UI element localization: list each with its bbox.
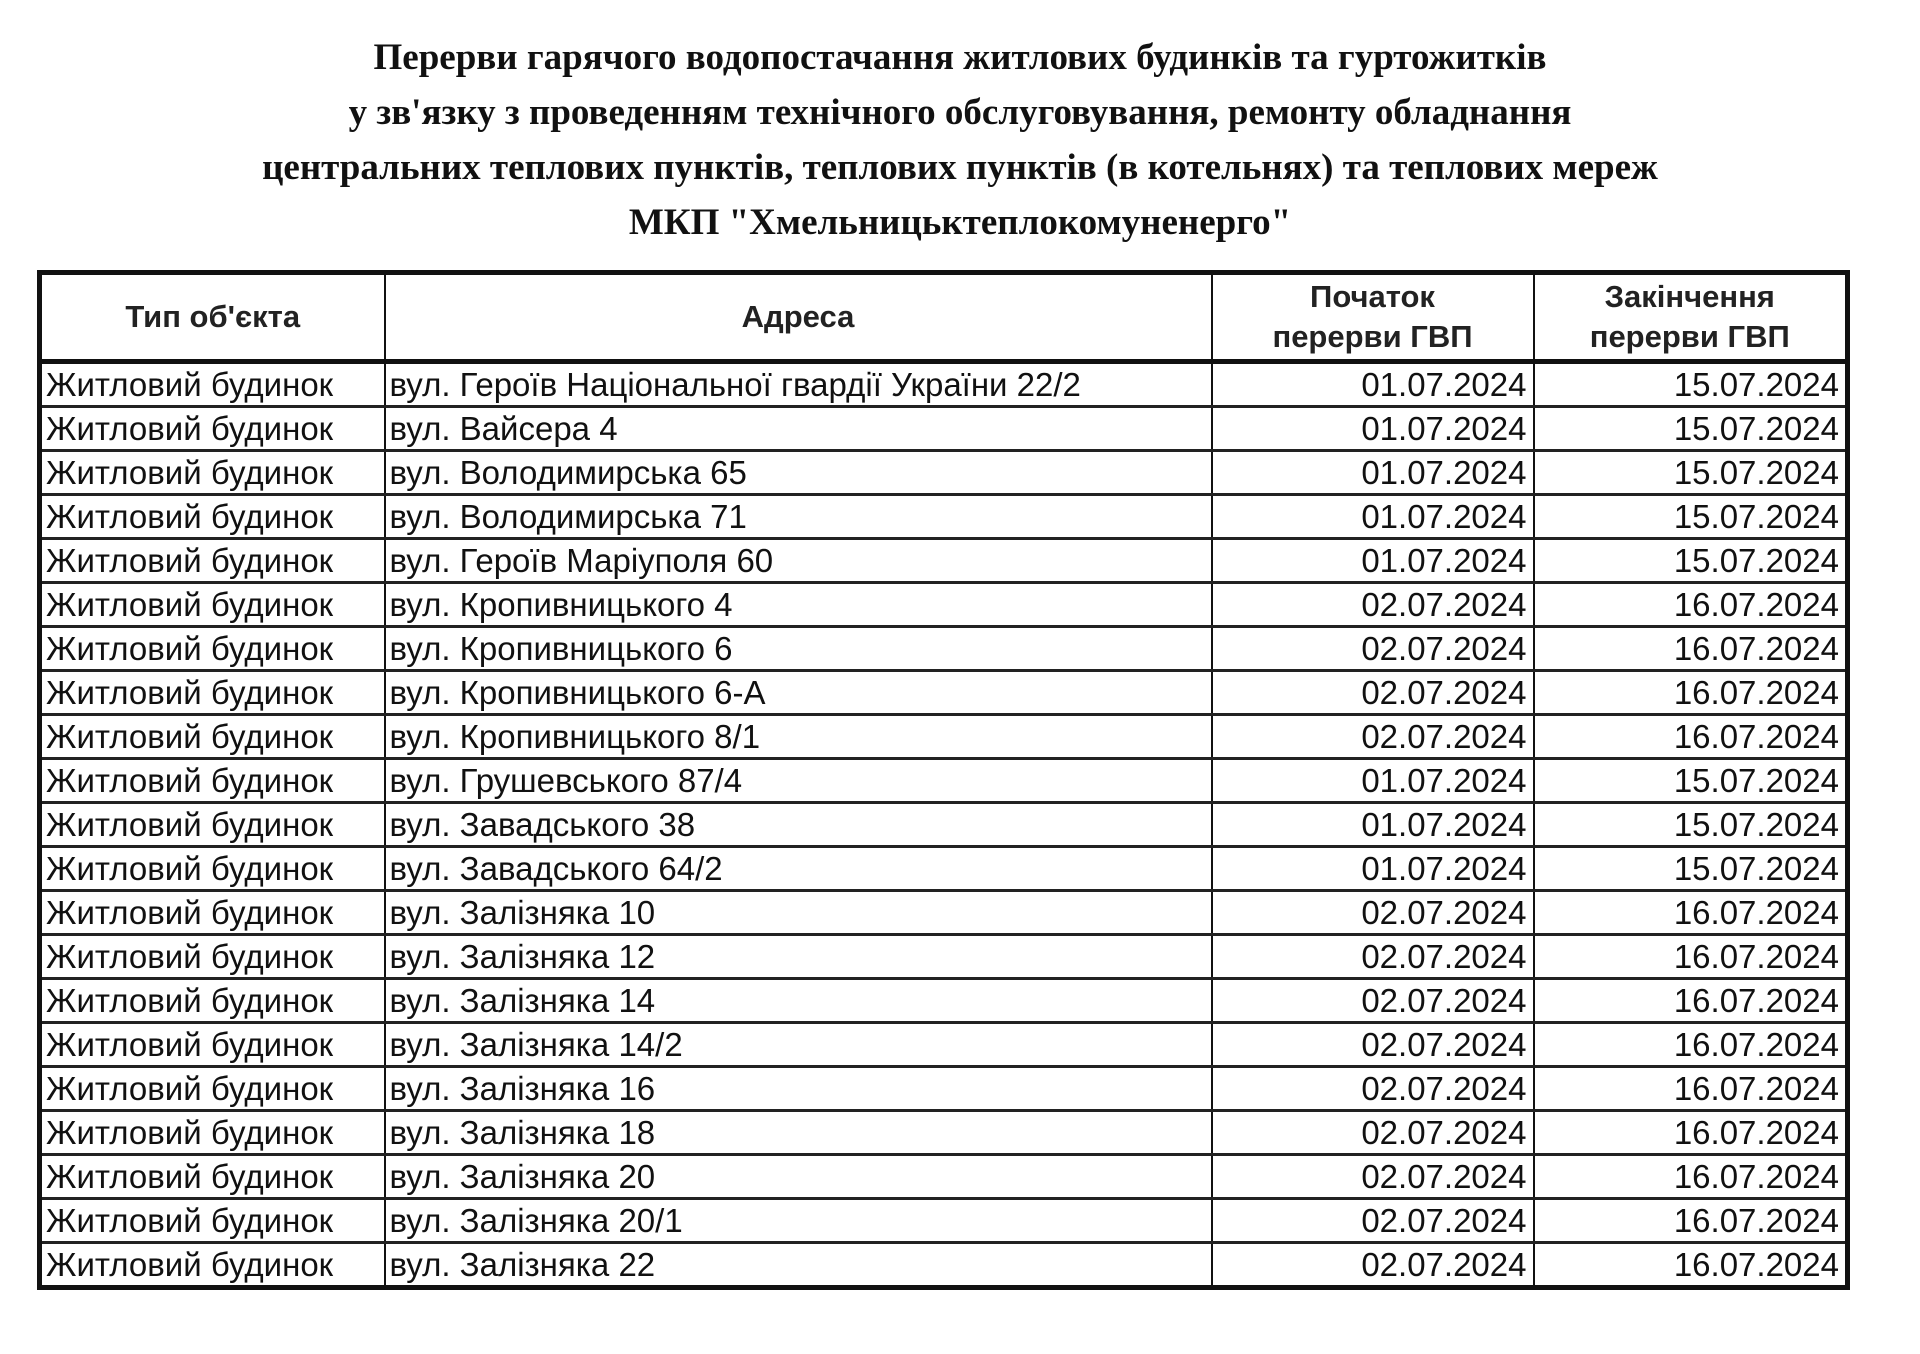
table-row: Житловий будиноквул. Кропивницького 6-А0… xyxy=(40,671,1848,715)
cell-address: вул. Володимирська 71 xyxy=(385,495,1212,539)
cell-object-type: Житловий будинок xyxy=(40,495,385,539)
cell-address: вул. Вайсера 4 xyxy=(385,407,1212,451)
cell-address: вул. Завадського 64/2 xyxy=(385,847,1212,891)
cell-address: вул. Залізняка 10 xyxy=(385,891,1212,935)
cell-object-type: Житловий будинок xyxy=(40,1199,385,1243)
cell-start-date: 01.07.2024 xyxy=(1212,759,1534,803)
cell-start-date: 02.07.2024 xyxy=(1212,671,1534,715)
cell-start-date: 02.07.2024 xyxy=(1212,1155,1534,1199)
cell-object-type: Житловий будинок xyxy=(40,847,385,891)
cell-address: вул. Залізняка 12 xyxy=(385,935,1212,979)
cell-object-type: Житловий будинок xyxy=(40,583,385,627)
cell-object-type: Житловий будинок xyxy=(40,715,385,759)
table-row: Житловий будиноквул. Кропивницького 402.… xyxy=(40,583,1848,627)
cell-start-date: 01.07.2024 xyxy=(1212,803,1534,847)
document-title: Перерви гарячого водопостачання житлових… xyxy=(0,30,1920,250)
cell-start-date: 02.07.2024 xyxy=(1212,583,1534,627)
table-row: Житловий будиноквул. Вайсера 401.07.2024… xyxy=(40,407,1848,451)
header-end: Закінченняперерви ГВП xyxy=(1534,273,1848,362)
header-start-line1: Початок xyxy=(1310,279,1435,314)
table-row: Житловий будиноквул. Залізняка 1402.07.2… xyxy=(40,979,1848,1023)
cell-address: вул. Залізняка 14/2 xyxy=(385,1023,1212,1067)
cell-address: вул. Залізняка 20/1 xyxy=(385,1199,1212,1243)
header-end-line2: перерви ГВП xyxy=(1590,319,1790,354)
cell-end-date: 16.07.2024 xyxy=(1534,671,1848,715)
cell-start-date: 01.07.2024 xyxy=(1212,539,1534,583)
cell-end-date: 15.07.2024 xyxy=(1534,451,1848,495)
table-row: Житловий будиноквул. Залізняка 1202.07.2… xyxy=(40,935,1848,979)
cell-object-type: Житловий будинок xyxy=(40,362,385,407)
table-body: Житловий будиноквул. Героїв Національної… xyxy=(40,362,1848,1288)
table-row: Житловий будиноквул. Залізняка 1802.07.2… xyxy=(40,1111,1848,1155)
cell-object-type: Житловий будинок xyxy=(40,627,385,671)
cell-address: вул. Залізняка 20 xyxy=(385,1155,1212,1199)
cell-object-type: Житловий будинок xyxy=(40,935,385,979)
table-row: Житловий будиноквул. Грушевського 87/401… xyxy=(40,759,1848,803)
cell-end-date: 16.07.2024 xyxy=(1534,715,1848,759)
header-address-label: Адреса xyxy=(742,299,855,334)
cell-object-type: Житловий будинок xyxy=(40,1155,385,1199)
cell-start-date: 02.07.2024 xyxy=(1212,1067,1534,1111)
cell-end-date: 16.07.2024 xyxy=(1534,891,1848,935)
cell-object-type: Житловий будинок xyxy=(40,803,385,847)
cell-start-date: 02.07.2024 xyxy=(1212,891,1534,935)
cell-address: вул. Залізняка 16 xyxy=(385,1067,1212,1111)
cell-end-date: 16.07.2024 xyxy=(1534,935,1848,979)
cell-end-date: 16.07.2024 xyxy=(1534,1111,1848,1155)
cell-start-date: 01.07.2024 xyxy=(1212,495,1534,539)
cell-address: вул. Грушевського 87/4 xyxy=(385,759,1212,803)
cell-end-date: 16.07.2024 xyxy=(1534,979,1848,1023)
cell-end-date: 15.07.2024 xyxy=(1534,759,1848,803)
table-row: Житловий будиноквул. Кропивницького 602.… xyxy=(40,627,1848,671)
cell-start-date: 02.07.2024 xyxy=(1212,715,1534,759)
cell-address: вул. Залізняка 22 xyxy=(385,1243,1212,1288)
cell-address: вул. Залізняка 18 xyxy=(385,1111,1212,1155)
table-row: Житловий будиноквул. Володимирська 7101.… xyxy=(40,495,1848,539)
table-row: Житловий будиноквул. Завадського 3801.07… xyxy=(40,803,1848,847)
cell-start-date: 02.07.2024 xyxy=(1212,1243,1534,1288)
cell-start-date: 02.07.2024 xyxy=(1212,935,1534,979)
cell-end-date: 15.07.2024 xyxy=(1534,407,1848,451)
cell-object-type: Житловий будинок xyxy=(40,407,385,451)
cell-object-type: Житловий будинок xyxy=(40,759,385,803)
cell-end-date: 15.07.2024 xyxy=(1534,495,1848,539)
table-row: Житловий будиноквул. Залізняка 14/202.07… xyxy=(40,1023,1848,1067)
cell-address: вул. Героїв Маріуполя 60 xyxy=(385,539,1212,583)
title-line-1: Перерви гарячого водопостачання житлових… xyxy=(0,30,1920,85)
cell-end-date: 16.07.2024 xyxy=(1534,1155,1848,1199)
table-row: Житловий будиноквул. Залізняка 1002.07.2… xyxy=(40,891,1848,935)
cell-end-date: 16.07.2024 xyxy=(1534,1023,1848,1067)
cell-end-date: 15.07.2024 xyxy=(1534,539,1848,583)
cell-start-date: 01.07.2024 xyxy=(1212,451,1534,495)
table-header-row: Тип об'єкта Адреса Початокперерви ГВП За… xyxy=(40,273,1848,362)
cell-end-date: 15.07.2024 xyxy=(1534,803,1848,847)
cell-object-type: Житловий будинок xyxy=(40,1111,385,1155)
header-start: Початокперерви ГВП xyxy=(1212,273,1534,362)
cell-end-date: 16.07.2024 xyxy=(1534,1243,1848,1288)
table-row: Житловий будиноквул. Кропивницького 8/10… xyxy=(40,715,1848,759)
table-row: Житловий будиноквул. Завадського 64/201.… xyxy=(40,847,1848,891)
cell-end-date: 15.07.2024 xyxy=(1534,362,1848,407)
cell-end-date: 16.07.2024 xyxy=(1534,627,1848,671)
cell-start-date: 02.07.2024 xyxy=(1212,1111,1534,1155)
cell-object-type: Житловий будинок xyxy=(40,451,385,495)
header-object-type-label: Тип об'єкта xyxy=(125,299,300,334)
cell-object-type: Житловий будинок xyxy=(40,979,385,1023)
cell-start-date: 02.07.2024 xyxy=(1212,1023,1534,1067)
cell-start-date: 02.07.2024 xyxy=(1212,1199,1534,1243)
cell-object-type: Житловий будинок xyxy=(40,1243,385,1288)
header-address: Адреса xyxy=(385,273,1212,362)
header-object-type: Тип об'єкта xyxy=(40,273,385,362)
table-row: Житловий будиноквул. Залізняка 1602.07.2… xyxy=(40,1067,1848,1111)
cell-address: вул. Кропивницького 4 xyxy=(385,583,1212,627)
cell-end-date: 16.07.2024 xyxy=(1534,1067,1848,1111)
table-row: Житловий будиноквул. Залізняка 20/102.07… xyxy=(40,1199,1848,1243)
cell-address: вул. Завадського 38 xyxy=(385,803,1212,847)
cell-address: вул. Залізняка 14 xyxy=(385,979,1212,1023)
table-row: Житловий будиноквул. Героїв Національної… xyxy=(40,362,1848,407)
header-end-line1: Закінчення xyxy=(1605,279,1775,314)
table-row: Житловий будиноквул. Героїв Маріуполя 60… xyxy=(40,539,1848,583)
cell-object-type: Житловий будинок xyxy=(40,1067,385,1111)
title-line-2: у зв'язку з проведенням технічного обслу… xyxy=(0,85,1920,140)
title-line-4: МКП "Хмельницьктеплокомуненерго" xyxy=(0,195,1920,250)
header-start-line2: перерви ГВП xyxy=(1272,319,1472,354)
cell-end-date: 16.07.2024 xyxy=(1534,583,1848,627)
cell-end-date: 15.07.2024 xyxy=(1534,847,1848,891)
cell-start-date: 01.07.2024 xyxy=(1212,362,1534,407)
cell-address: вул. Кропивницького 8/1 xyxy=(385,715,1212,759)
cell-end-date: 16.07.2024 xyxy=(1534,1199,1848,1243)
cell-address: вул. Кропивницького 6 xyxy=(385,627,1212,671)
table-row: Житловий будиноквул. Володимирська 6501.… xyxy=(40,451,1848,495)
cell-object-type: Житловий будинок xyxy=(40,891,385,935)
cell-object-type: Житловий будинок xyxy=(40,539,385,583)
cell-start-date: 01.07.2024 xyxy=(1212,847,1534,891)
cell-start-date: 01.07.2024 xyxy=(1212,407,1534,451)
table-row: Житловий будиноквул. Залізняка 2002.07.2… xyxy=(40,1155,1848,1199)
cell-address: вул. Володимирська 65 xyxy=(385,451,1212,495)
cell-address: вул. Кропивницького 6-А xyxy=(385,671,1212,715)
cell-object-type: Житловий будинок xyxy=(40,671,385,715)
cell-address: вул. Героїв Національної гвардії України… xyxy=(385,362,1212,407)
cell-start-date: 02.07.2024 xyxy=(1212,979,1534,1023)
cell-object-type: Житловий будинок xyxy=(40,1023,385,1067)
cell-start-date: 02.07.2024 xyxy=(1212,627,1534,671)
hot-water-outage-table: Тип об'єкта Адреса Початокперерви ГВП За… xyxy=(37,270,1850,1290)
table-row: Житловий будиноквул. Залізняка 2202.07.2… xyxy=(40,1243,1848,1288)
title-line-3: центральних теплових пунктів, теплових п… xyxy=(0,140,1920,195)
